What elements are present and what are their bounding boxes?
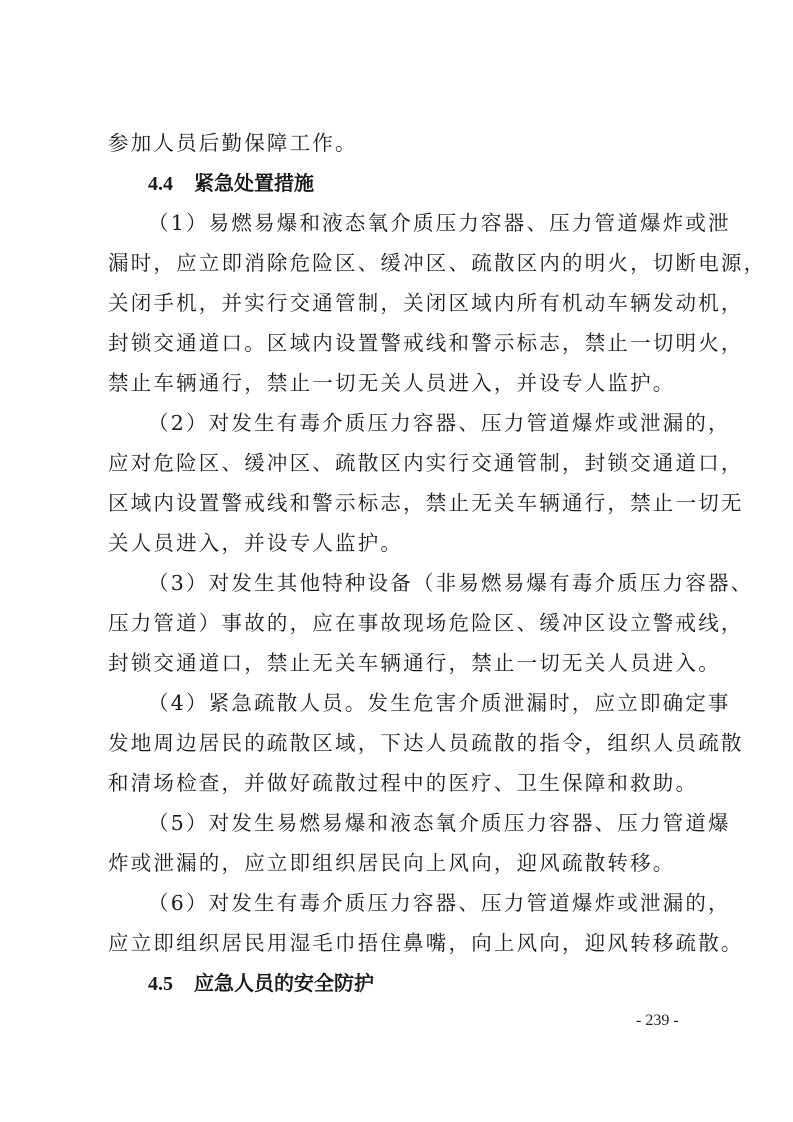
paragraph-2-line: 应对危险区、缓冲区、疏散区内实行交通管制，封锁交通道口，	[108, 449, 698, 477]
section-title: 应急人员的安全防护	[194, 971, 374, 995]
document-page: 参加人员后勤保障工作。 4.4紧急处置措施 （1）易燃易爆和液态氧介质压力容器、…	[0, 0, 793, 1122]
paragraph-1-line: 封锁交通道口。区域内设置警戒线和警示标志，禁止一切明火，	[108, 329, 698, 357]
paragraph-1-line: 禁止车辆通行，禁止一切无关人员进入，并设专人监护。	[108, 369, 698, 397]
paragraph-5-line: （5）对发生易燃易爆和液态氧介质压力容器、压力管道爆	[148, 809, 698, 837]
paragraph-6-line: （6）对发生有毒介质压力容器、压力管道爆炸或泄漏的，	[148, 889, 698, 917]
paragraph-4-line: 发地周边居民的疏散区域，下达人员疏散的指令，组织人员疏散	[108, 729, 698, 757]
paragraph-3-line: （3）对发生其他特种设备（非易燃易爆有毒介质压力容器、	[148, 569, 698, 597]
paragraph-6-line: 应立即组织居民用湿毛巾捂住鼻嘴，向上风向，迎风转移疏散。	[108, 929, 698, 957]
paragraph-4-line: （4）紧急疏散人员。发生危害介质泄漏时，应立即确定事	[148, 689, 698, 717]
paragraph-1-line: 漏时，应立即消除危险区、缓冲区、疏散区内的明火，切断电源，	[108, 249, 698, 277]
paragraph-2-line: 区域内设置警戒线和警示标志，禁止无关车辆通行，禁止一切无	[108, 489, 698, 517]
text-line: 参加人员后勤保障工作。	[108, 129, 698, 157]
paragraph-1-line: 关闭手机，并实行交通管制，关闭区域内所有机动车辆发动机，	[108, 289, 698, 317]
paragraph-3-line: 封锁交通道口，禁止无关车辆通行，禁止一切无关人员进入。	[108, 649, 698, 677]
paragraph-2-line: 关人员进入，并设专人监护。	[108, 529, 698, 557]
section-title: 紧急处置措施	[194, 171, 314, 195]
paragraph-3-line: 压力管道）事故的，应在事故现场危险区、缓冲区设立警戒线，	[108, 609, 698, 637]
page-number: - 239 -	[636, 1011, 679, 1031]
paragraph-2-line: （2）对发生有毒介质压力容器、压力管道爆炸或泄漏的，	[148, 409, 698, 437]
section-number: 4.5	[148, 970, 194, 998]
section-number: 4.4	[148, 170, 194, 198]
paragraph-5-line: 炸或泄漏的，应立即组织居民向上风向，迎风疏散转移。	[108, 849, 698, 877]
paragraph-1-line: （1）易燃易爆和液态氧介质压力容器、压力管道爆炸或泄	[148, 209, 698, 237]
section-heading-4-4: 4.4紧急处置措施	[148, 169, 314, 198]
section-heading-4-5: 4.5应急人员的安全防护	[148, 969, 374, 998]
paragraph-4-line: 和清场检查，并做好疏散过程中的医疗、卫生保障和救助。	[108, 769, 698, 797]
